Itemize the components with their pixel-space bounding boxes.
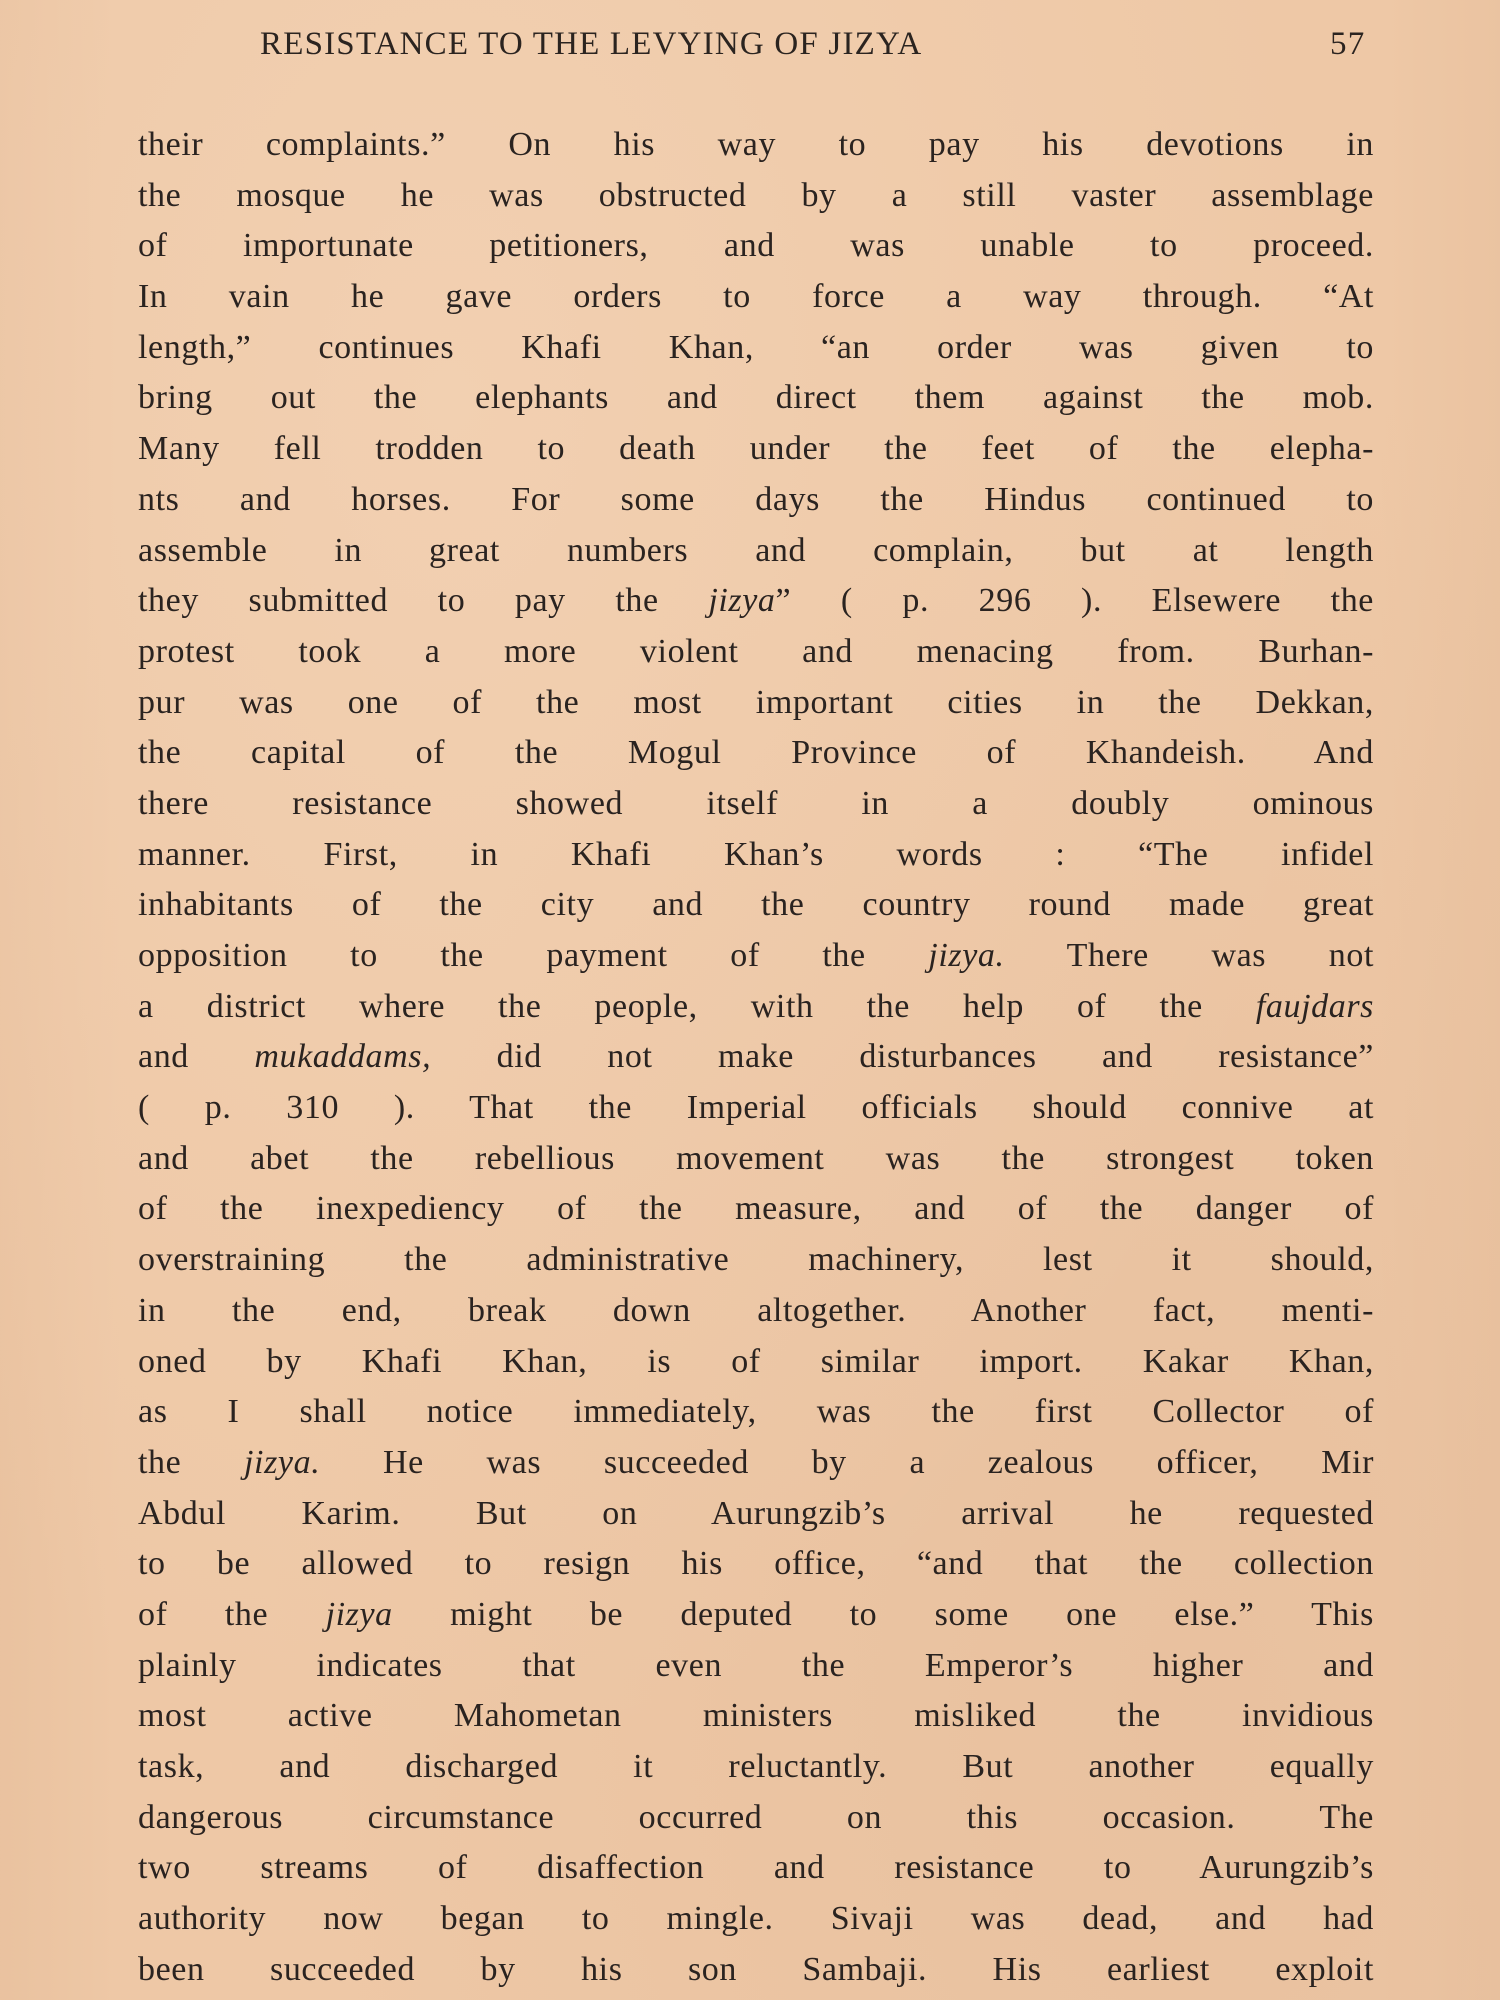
text-line: nts and horses. For some days the Hindus… <box>138 475 1374 526</box>
text-line: the capital of the Mogul Province of Kha… <box>138 728 1374 779</box>
text-line: In vain he gave orders to force a way th… <box>138 272 1374 323</box>
text-line: Abdul Karim. But on Aurungzib’s arrival … <box>138 1489 1374 1540</box>
text-line: protest took a more violent and menacing… <box>138 627 1374 678</box>
text-line: opposition to the payment of the jizya. … <box>138 931 1374 982</box>
text-line: most active Mahometan ministers misliked… <box>138 1691 1374 1742</box>
text-line: their complaints.” On his way to pay his… <box>138 120 1374 171</box>
text-line: dangerous circumstance occurred on this … <box>138 1793 1374 1844</box>
text-line: a district where the people, with the he… <box>138 982 1374 1033</box>
text-line: oned by Khafi Khan, is of similar import… <box>138 1337 1374 1388</box>
page-number: 57 <box>1330 26 1365 63</box>
text-line: they submitted to pay the jizya” ( p. 29… <box>138 576 1374 627</box>
text-line: overstraining the administrative machine… <box>138 1235 1374 1286</box>
text-line: plainly indicates that even the Emperor’… <box>138 1641 1374 1692</box>
text-line: assemble in great numbers and complain, … <box>138 526 1374 577</box>
italic-term: mukaddams, <box>254 1038 431 1075</box>
text-line: as I shall notice immediately, was the f… <box>138 1387 1374 1438</box>
text-line: pur was one of the most important cities… <box>138 678 1374 729</box>
running-header: RESISTANCE TO THE LEVYING OF JIZYA 57 <box>260 26 1380 76</box>
text-line: Many fell trodden to death under the fee… <box>138 424 1374 475</box>
text-line: to be allowed to resign his office, “and… <box>138 1539 1374 1590</box>
text-line: there resistance showed itself in a doub… <box>138 779 1374 830</box>
text-line: two streams of disaffection and resistan… <box>138 1843 1374 1894</box>
text-line: and mukaddams, did not make disturbances… <box>138 1032 1374 1083</box>
italic-term: jizya. <box>928 937 1004 974</box>
body-text: their complaints.” On his way to pay his… <box>138 120 1374 1995</box>
text-line: of the jizya might be deputed to some on… <box>138 1590 1374 1641</box>
text-line: and abet the rebellious movement was the… <box>138 1134 1374 1185</box>
text-line: length,” continues Khafi Khan, “an order… <box>138 323 1374 374</box>
italic-term: jizya <box>708 582 775 619</box>
text-line: been succeeded by his son Sambaji. His e… <box>138 1945 1374 1996</box>
text-line: in the end, break down altogether. Anoth… <box>138 1286 1374 1337</box>
text-line: task, and discharged it reluctantly. But… <box>138 1742 1374 1793</box>
text-line: authority now began to mingle. Sivaji wa… <box>138 1894 1374 1945</box>
text-line: of the inexpediency of the measure, and … <box>138 1184 1374 1235</box>
running-title: RESISTANCE TO THE LEVYING OF JIZYA <box>260 26 922 63</box>
text-line: ( p. 310 ). That the Imperial officials … <box>138 1083 1374 1134</box>
italic-term: jizya. <box>244 1444 320 1481</box>
text-line: bring out the elephants and direct them … <box>138 373 1374 424</box>
italic-term: faujdars <box>1256 988 1374 1025</box>
text-line: of importunate petitioners, and was unab… <box>138 221 1374 272</box>
italic-term: jizya <box>326 1596 393 1633</box>
text-line: inhabitants of the city and the country … <box>138 880 1374 931</box>
text-line: the mosque he was obstructed by a still … <box>138 171 1374 222</box>
text-line: manner. First, in Khafi Khan’s words : “… <box>138 830 1374 881</box>
text-line: the jizya. He was succeeded by a zealous… <box>138 1438 1374 1489</box>
